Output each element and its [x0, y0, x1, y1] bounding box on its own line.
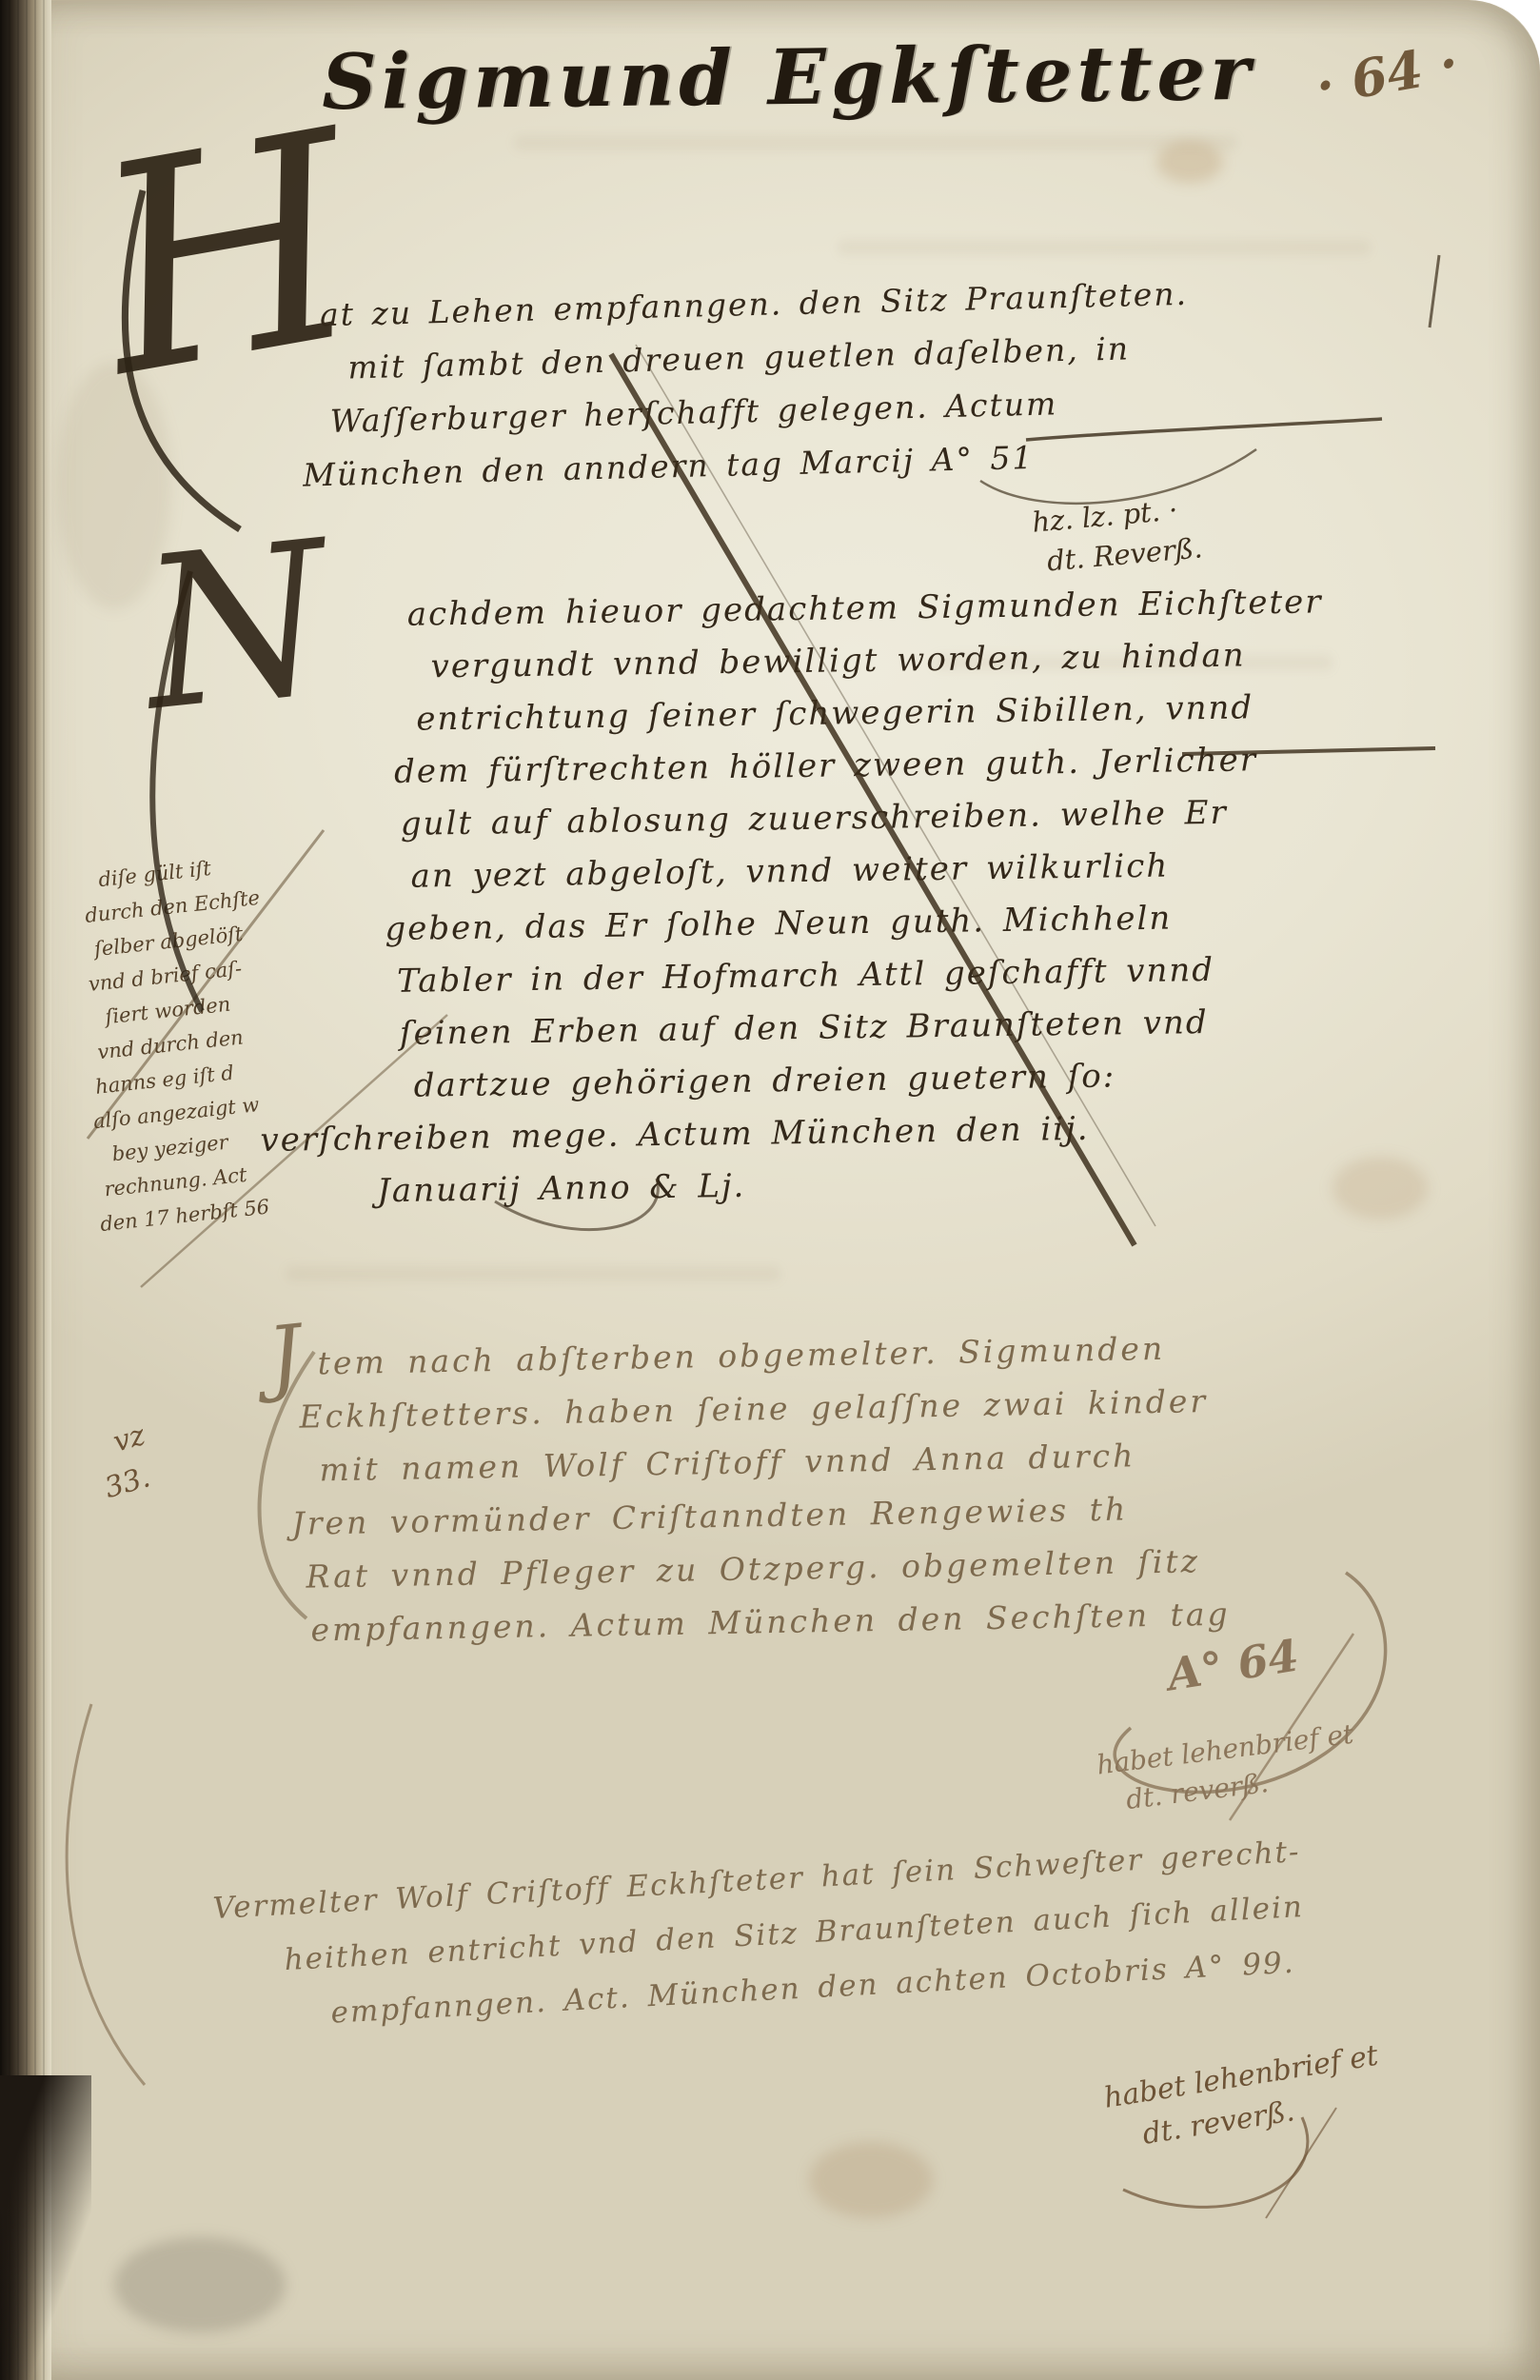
chancery-note-1: hz. lz. pt. · dt. Reverß. [1031, 488, 1204, 583]
entry2-paragraph: tem nach abſterben obgemelter. Sigmunden… [317, 1321, 1231, 1657]
manuscript-scan: · 64 · Sigmund Egkſtetter H at zu Lehen … [0, 0, 1540, 2380]
entry-title: Sigmund Egkſtetter [322, 28, 1255, 127]
bleedthrough-ghost [286, 1266, 780, 1281]
initial-n: N [134, 513, 338, 741]
bleedthrough-ghost [514, 135, 1237, 150]
entry1-paragraph: at zu Lehen empfanngen. den Sitz Praunſt… [319, 268, 1192, 502]
binding-page-edges [0, 0, 51, 2380]
margin-note: diſe gült iſt durch den Echſte ſelber ab… [72, 846, 294, 1240]
bleedthrough-ghost [838, 240, 1371, 255]
cancelled-paragraph: achdem hieuor gedachtem Sigmunden Eichſt… [406, 576, 1331, 1217]
binding-corner-shadow [0, 2075, 91, 2380]
